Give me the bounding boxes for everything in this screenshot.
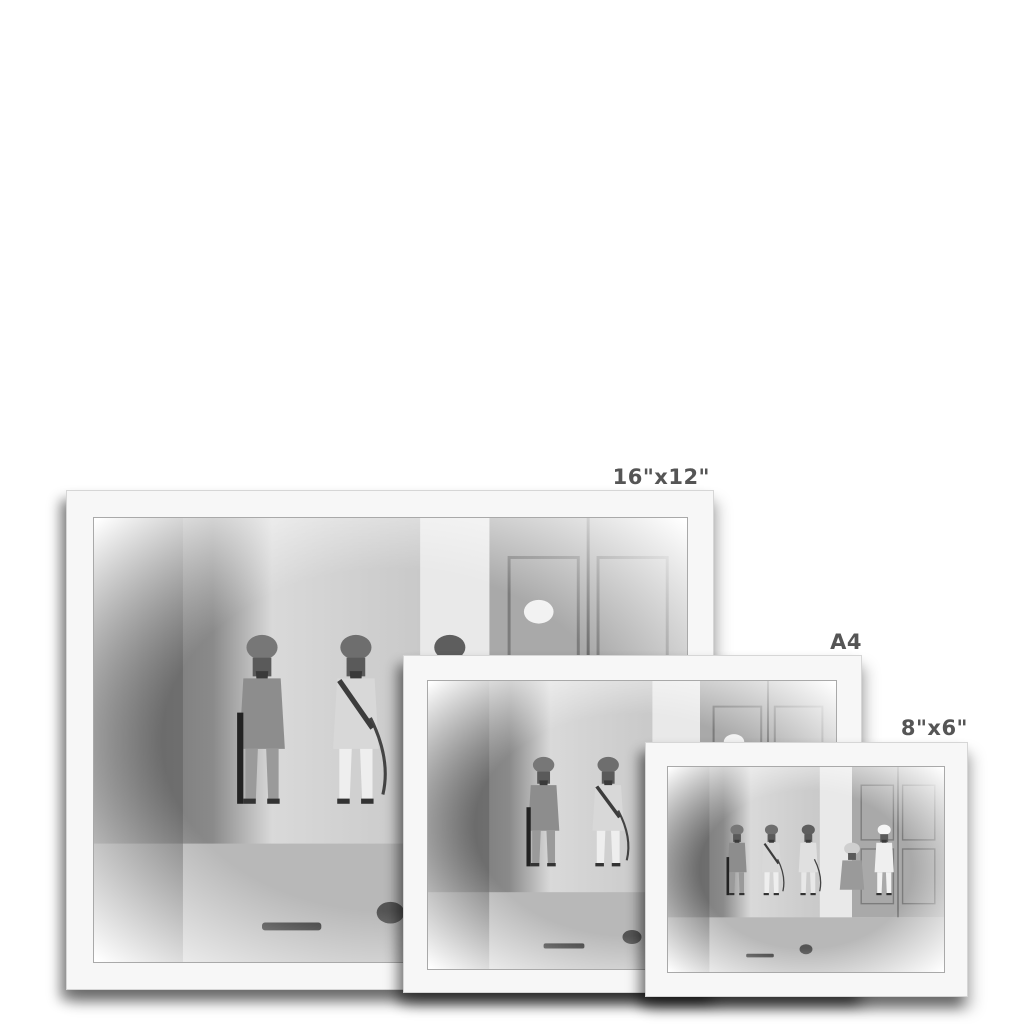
print-8x6[interactable] xyxy=(645,742,968,997)
photo-8x6 xyxy=(667,766,945,973)
size-label-a4: A4 xyxy=(780,632,862,653)
size-label-16x12: 16"x12" xyxy=(560,467,710,488)
size-label-8x6: 8"x6" xyxy=(850,718,968,739)
